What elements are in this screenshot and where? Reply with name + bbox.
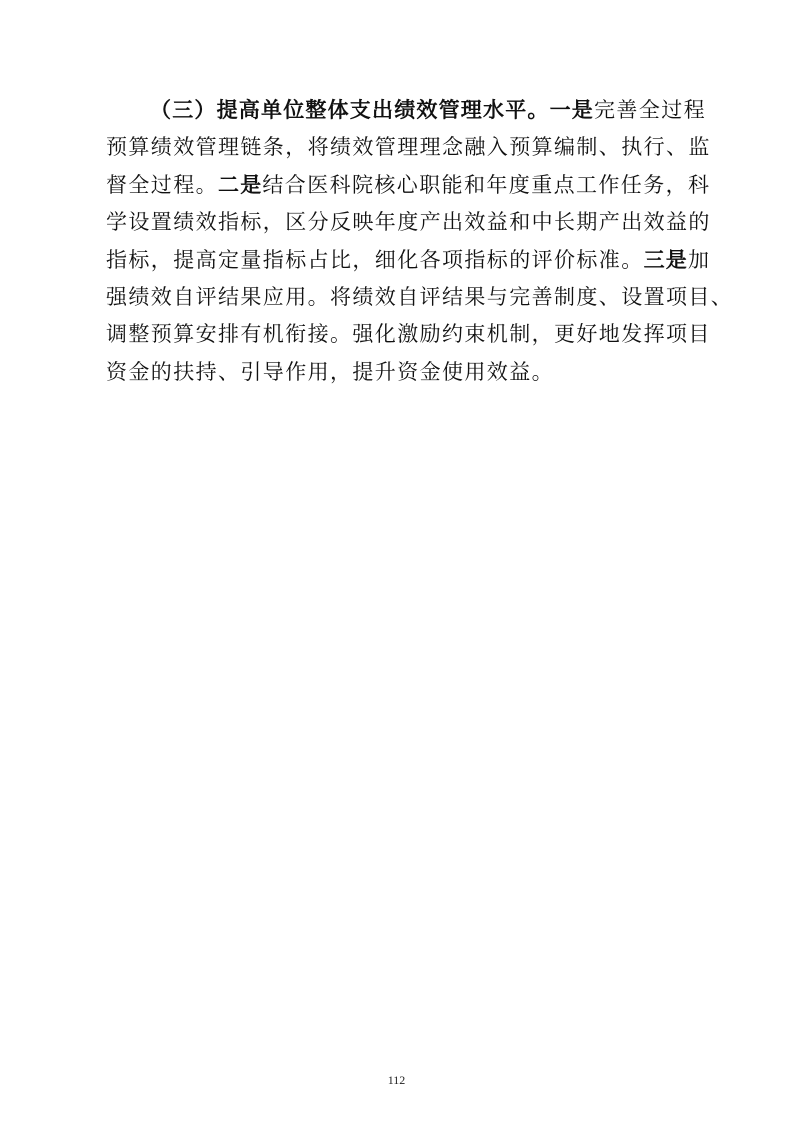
text-line: （三）提高单位整体支出绩效管理水平。一是完善全过程 [106, 92, 690, 129]
point-label-two: 二是 [218, 173, 262, 197]
document-page: （三）提高单位整体支出绩效管理水平。一是完善全过程 预算绩效管理链条，将绩效管理… [0, 0, 793, 1122]
text-segment: 完善全过程 [594, 98, 706, 122]
text-line: 学设置绩效指标，区分反映年度产出效益和中长期产出效益的 [106, 204, 690, 241]
section-heading: （三）提高单位整体支出绩效管理水平。 [150, 98, 550, 122]
text-line: 资金的扶持、引导作用，提升资金使用效益。 [106, 354, 690, 391]
text-line: 调整预算安排有机衔接。强化激励约束机制，更好地发挥项目 [106, 316, 690, 353]
text-segment: 调整预算安排有机衔接。强化激励约束机制，更好地发挥项目 [106, 322, 711, 346]
text-segment: 学设置绩效指标，区分反映年度产出效益和中长期产出效益的 [106, 210, 711, 234]
text-line: 预算绩效管理链条，将绩效管理理念融入预算编制、执行、监 [106, 129, 690, 166]
text-line: 强绩效自评结果应用。将绩效自评结果与完善制度、设置项目、 [106, 279, 690, 316]
text-segment: 强绩效自评结果应用。将绩效自评结果与完善制度、设置项目、 [106, 285, 733, 309]
body-paragraph: （三）提高单位整体支出绩效管理水平。一是完善全过程 预算绩效管理链条，将绩效管理… [106, 92, 690, 391]
point-label-one: 一是 [550, 98, 594, 122]
text-segment: 预算绩效管理链条，将绩效管理理念融入预算编制、执行、监 [106, 135, 711, 159]
text-segment: 加 [688, 248, 710, 272]
text-segment: 结合医科院核心职能和年度重点工作任务，科 [262, 173, 710, 197]
text-line: 指标，提高定量指标占比，细化各项指标的评价标准。三是加 [106, 242, 690, 279]
text-segment: 资金的扶持、引导作用，提升资金使用效益。 [106, 360, 554, 384]
page-number: 112 [0, 1073, 793, 1088]
text-line: 督全过程。二是结合医科院核心职能和年度重点工作任务，科 [106, 167, 690, 204]
point-label-three: 三是 [644, 248, 688, 272]
text-segment: 指标，提高定量指标占比，细化各项指标的评价标准。 [106, 248, 644, 272]
text-segment: 督全过程。 [106, 173, 218, 197]
